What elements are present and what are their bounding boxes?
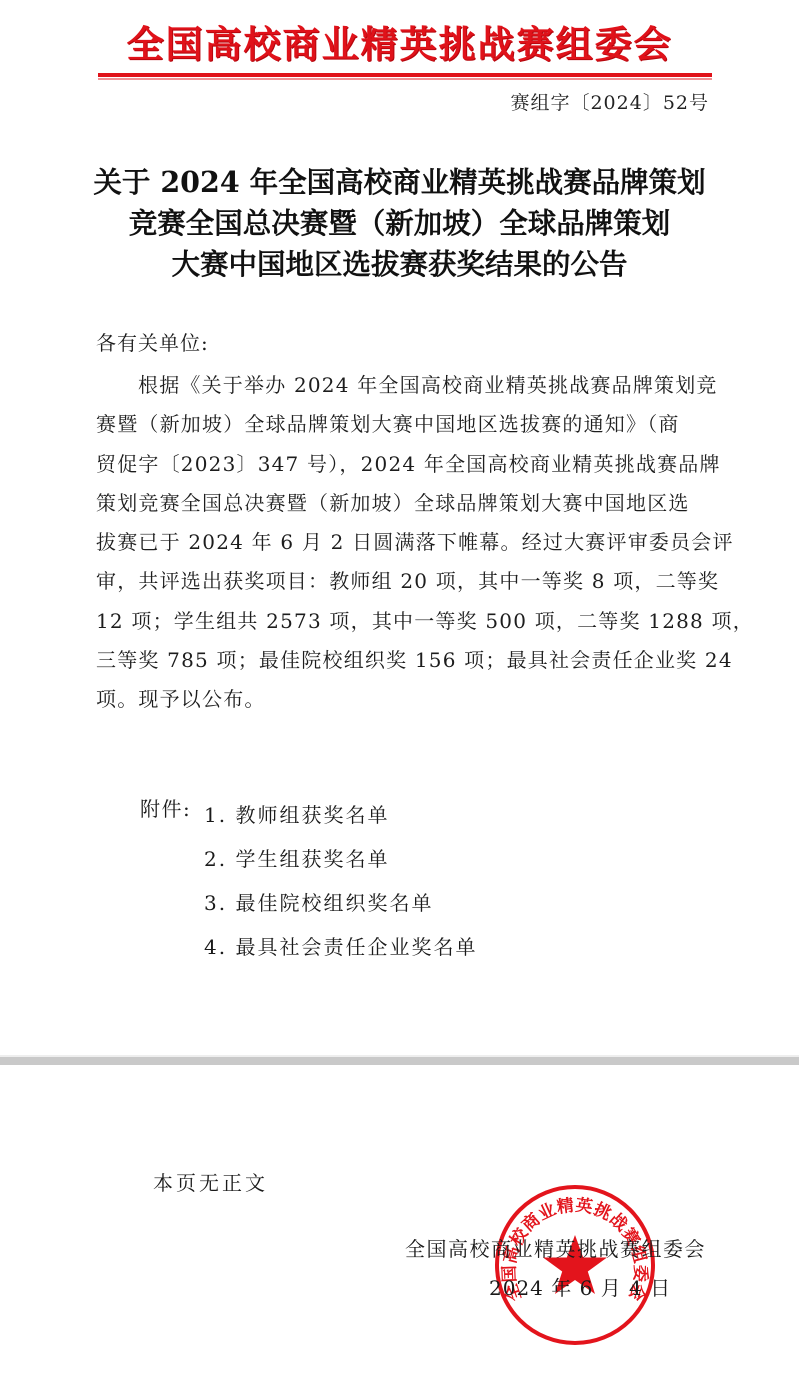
- body-line: 根据《关于举办 2024 年全国高校商业精英挑战赛品牌策划竞: [96, 366, 716, 405]
- body-line: 12 项；学生组共 2573 项，其中一等奖 500 项，二等奖 1288 项，: [96, 602, 716, 641]
- letterhead-red-rule-shadow: [98, 78, 712, 80]
- body-line: 赛暨（新加坡）全球品牌策划大赛中国地区选拔赛的通知》（商: [96, 405, 716, 444]
- document-number: 赛组字〔2024〕52号: [510, 88, 709, 115]
- page-separator: [0, 1057, 799, 1065]
- attachment-item: 3. 最佳院校组织奖名单: [204, 881, 477, 925]
- signature-date: 2024 年 6 月 4 日: [489, 1272, 671, 1301]
- attachment-item: 4. 最具社会责任企业奖名单: [204, 925, 477, 969]
- official-seal: 全国高校商业精英挑战赛组委会: [493, 1183, 657, 1347]
- letterhead-organization: 全国高校商业精英挑战赛组委会: [0, 14, 799, 68]
- attachments-list: 1. 教师组获奖名单 2. 学生组获奖名单 3. 最佳院校组织奖名单 4. 最具…: [204, 793, 477, 969]
- document-title: 关于 2024 年全国高校商业精英挑战赛品牌策划 竞赛全国总决赛暨（新加坡）全球…: [0, 162, 799, 285]
- title-line: 关于 2024 年全国高校商业精英挑战赛品牌策划: [0, 162, 799, 203]
- body-line: 项。现予以公布。: [96, 680, 716, 719]
- signature-organization: 全国高校商业精英挑战赛组委会: [405, 1233, 706, 1262]
- body-line: 拔赛已于 2024 年 6 月 2 日圆满落下帷幕。经过大赛评审委员会评: [96, 523, 716, 562]
- body-line: 贸促字〔2023〕347 号），2024 年全国高校商业精英挑战赛品牌: [96, 445, 716, 484]
- no-body-text-note: 本页无正文: [153, 1167, 268, 1196]
- title-line: 竞赛全国总决赛暨（新加坡）全球品牌策划: [0, 203, 799, 244]
- letterhead-red-rule: [98, 73, 712, 77]
- body-line: 三等奖 785 项；最佳院校组织奖 156 项；最具社会责任企业奖 24: [96, 641, 716, 680]
- attachment-item: 2. 学生组获奖名单: [204, 837, 477, 881]
- attachments-label: 附件:: [140, 793, 191, 822]
- title-line: 大赛中国地区选拔赛获奖结果的公告: [0, 244, 799, 285]
- attachment-item: 1. 教师组获奖名单: [204, 793, 477, 837]
- body-paragraph: 根据《关于举办 2024 年全国高校商业精英挑战赛品牌策划竞 赛暨（新加坡）全球…: [96, 366, 716, 720]
- body-line: 策划竞赛全国总决赛暨（新加坡）全球品牌策划大赛中国地区选: [96, 484, 716, 523]
- salutation: 各有关单位:: [96, 327, 209, 356]
- body-line: 审，共评选出获奖项目：教师组 20 项，其中一等奖 8 项，二等奖: [96, 562, 716, 601]
